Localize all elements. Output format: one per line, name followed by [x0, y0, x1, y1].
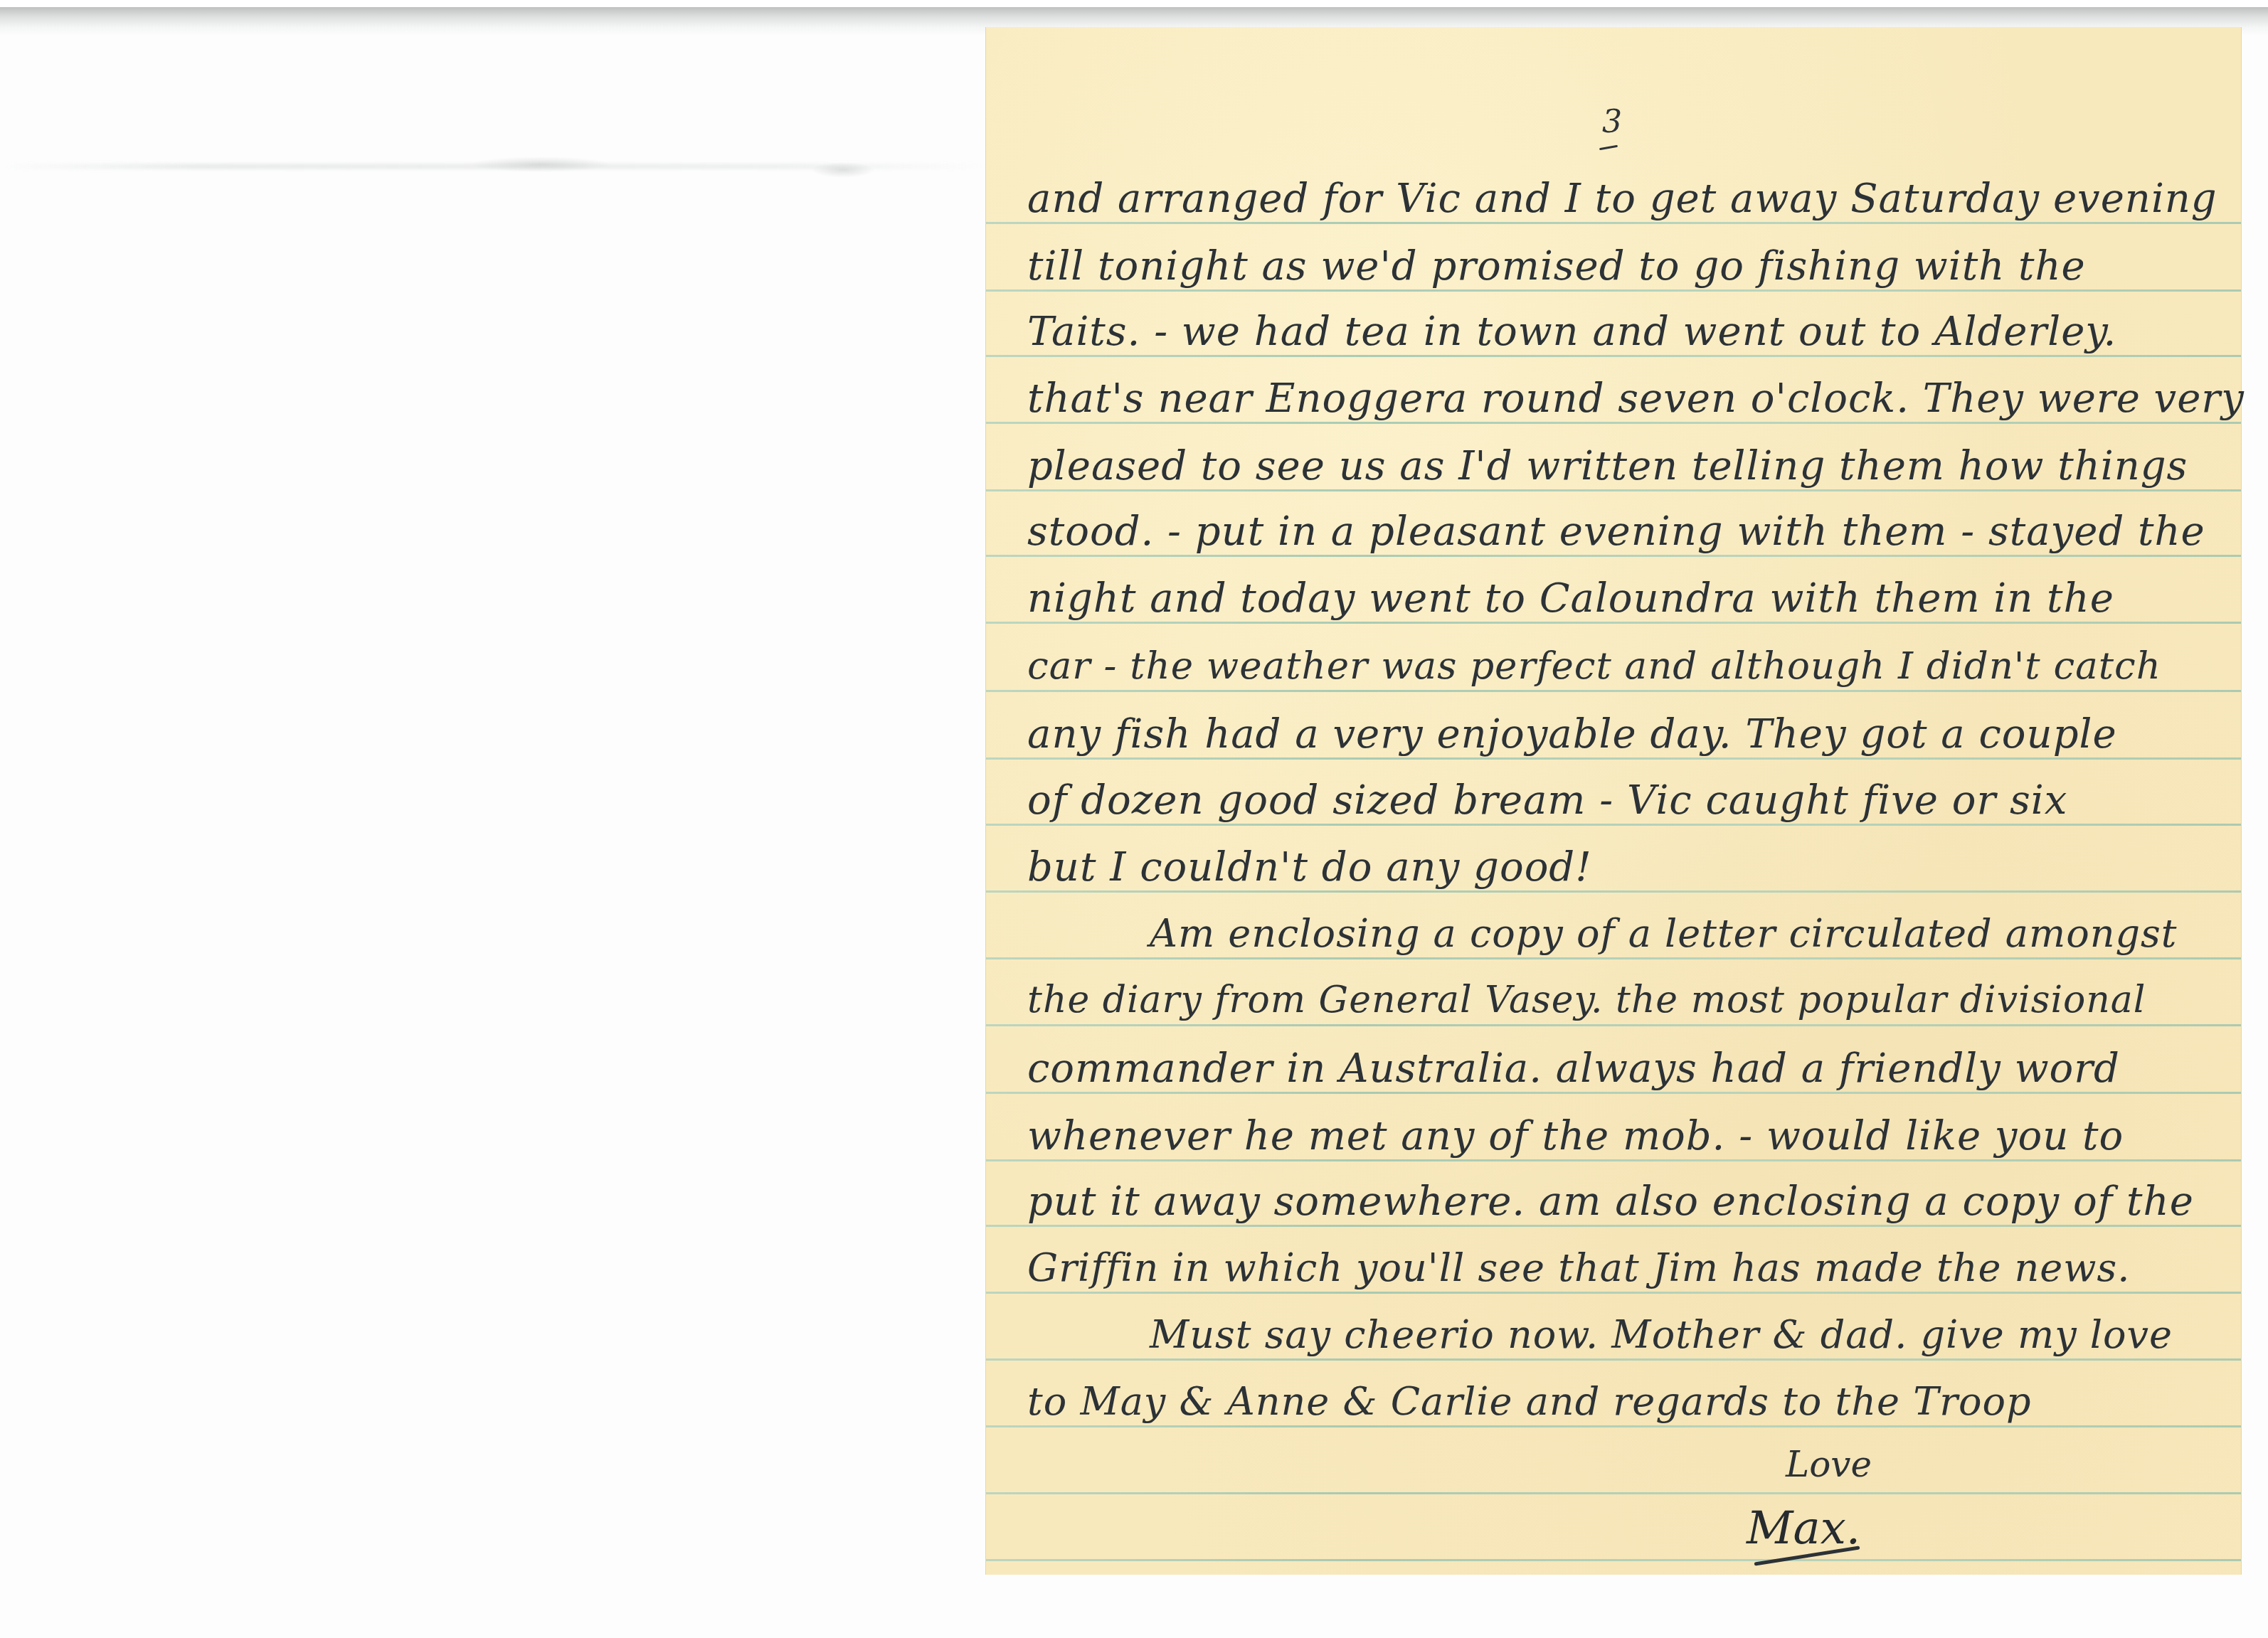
page-number: 3: [1602, 104, 1622, 140]
ruled-line: [986, 824, 2241, 826]
ruled-line: [986, 1024, 2241, 1026]
letter-line: put it away somewhere. am also enclosing…: [1027, 1182, 2194, 1222]
ruled-line: [986, 1092, 2241, 1094]
letter-line: to May & Anne & Carlie and regards to th…: [1027, 1383, 2032, 1421]
closing-salutation: Love: [1786, 1444, 1872, 1485]
ruled-line: [986, 622, 2241, 624]
signature: Max.: [1747, 1502, 1860, 1555]
letter-line: Griffin in which you'll see that Jim has…: [1027, 1249, 2130, 1287]
ruled-line: [986, 757, 2241, 760]
ruled-line: [986, 1492, 2241, 1494]
letter-line: whenever he met any of the mob. - would …: [1027, 1117, 2124, 1156]
page-number-underline: [1599, 145, 1618, 150]
letter-line: that's near Enoggera round seven o'clock…: [1027, 379, 2245, 419]
letter-line: commander in Australia. always had a fri…: [1027, 1049, 2120, 1089]
ruled-line: [986, 1159, 2241, 1161]
ruled-line: [986, 489, 2241, 491]
ruled-line: [986, 957, 2241, 959]
letter-line: and arranged for Vic and I to get away S…: [1027, 179, 2217, 219]
letter-line: stood. - put in a pleasant evening with …: [1027, 512, 2205, 552]
ruled-line: [986, 1425, 2241, 1427]
letter-line: but I couldn't do any good!: [1027, 848, 1592, 888]
ruled-line: [986, 1292, 2241, 1294]
letter-line: night and today went to Caloundra with t…: [1027, 579, 2114, 619]
ruled-line: [986, 222, 2241, 224]
scanner-top-edge: [0, 0, 2268, 7]
letter-line: Am enclosing a copy of a letter circulat…: [1150, 915, 2177, 953]
letter-line: Taits. - we had tea in town and went out…: [1027, 312, 2116, 352]
letter-line: car - the weather was perfect and althou…: [1027, 647, 2161, 685]
letter-line: till tonight as we'd promised to go fish…: [1027, 247, 2086, 287]
ruled-line: [986, 890, 2241, 893]
letter-line: Must say cheerio now. Mother & dad. give…: [1150, 1316, 2173, 1354]
smudge: [811, 162, 875, 178]
ruled-line: [986, 1559, 2241, 1561]
ruled-line: [986, 355, 2241, 357]
ruled-line: [986, 1225, 2241, 1227]
ruled-line: [986, 690, 2241, 692]
ruled-line: [986, 422, 2241, 424]
letter-line: the diary from General Vasey. the most p…: [1027, 982, 2146, 1019]
ruled-line: [986, 555, 2241, 557]
ruled-line: [986, 289, 2241, 292]
ruled-line: [986, 1358, 2241, 1361]
letter-line: pleased to see us as I'd written telling…: [1027, 447, 2188, 486]
letter-line: any fish had a very enjoyable day. They …: [1027, 715, 2117, 755]
letter-page: 3 and arranged for Vic and I to get away…: [986, 27, 2241, 1575]
letter-line: of dozen good sized bream - Vic caught f…: [1027, 781, 2067, 821]
smudge: [470, 156, 612, 172]
